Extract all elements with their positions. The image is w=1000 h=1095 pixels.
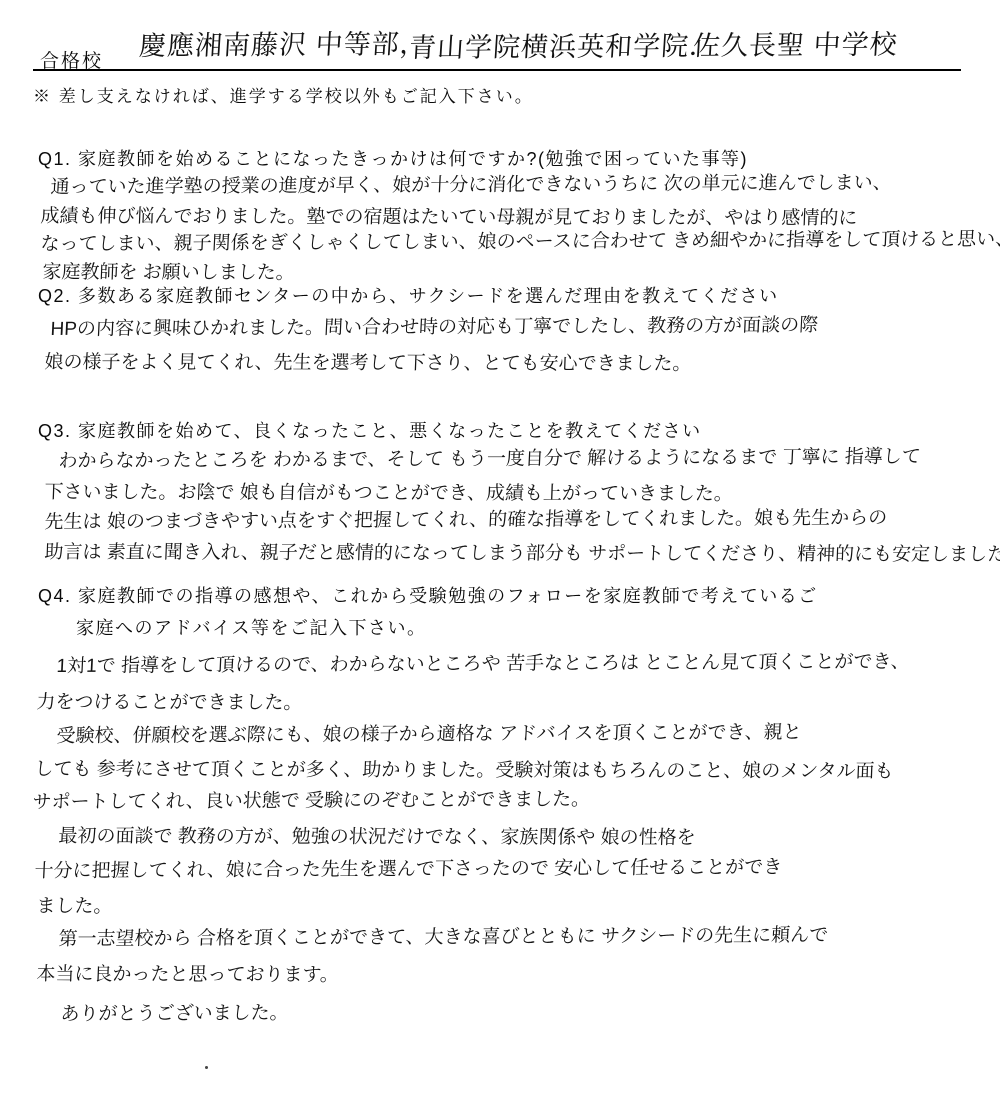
- admitted-school-2: 青山学院横浜英和学院．: [408, 24, 719, 65]
- answer-q3-line-4: 助言は 素直に聞き入れ、親子だと感情的になってしまう部分も サポートしてくださり…: [44, 537, 1000, 567]
- question-q4-heading-line-1: Q4. 家庭教師での指導の感想や、これから受験勉強のフォローを家庭教師で考えてい…: [38, 582, 818, 608]
- scan-speck: [205, 1066, 208, 1069]
- answer-q2-line-2: 娘の様子をよく見てくれ、先生を選考して下さり、とても安心できました。: [44, 347, 692, 376]
- answer-q3-line-3: 先生は 娘のつまづきやすい点をすぐ把握してくれ、的確な指導をしてくれました。娘も…: [44, 503, 888, 534]
- question-q1-heading: Q1. 家庭教師を始めることになったきっかけは何ですか?(勉強で困っていた事等): [38, 145, 748, 171]
- answer-q4-line-5: サポートしてくれ、良い状態で 受験にのぞむことができました。: [32, 784, 591, 814]
- answer-q4-line-4: しても 参考にさせて頂くことが多く、助かりました。受験対策はもちろんのこと、娘の…: [34, 754, 894, 783]
- answer-q1-line-3: なってしまい、親子関係をぎくしゃくしてしまい、娘のペースに合わせて きめ細やかに…: [40, 224, 1000, 256]
- answer-q1-line-1: 通っていた進学塾の授業の進度が早く、娘が十分に消化できないうちに 次の単元に進ん…: [50, 168, 892, 199]
- answer-q4-line-1: 1対1で 指導をして頂けるので、わからないところや 苦手なところは とことん見て…: [56, 647, 910, 678]
- answer-q1-line-4: 家庭教師を お願いしました。: [42, 257, 295, 285]
- answer-q4-line-2: 力をつけることができました。: [36, 687, 303, 715]
- header-underline: [33, 69, 961, 71]
- answer-q4-line-10: 本当に良かったと思っております。: [36, 959, 339, 987]
- answer-q2-line-1: HPの内容に興味ひかれました。問い合わせ時の対応も丁寧でしたし、教務の方が面談の…: [50, 310, 819, 341]
- answer-q3-line-2: 下さいました。お陰で 娘も自信がもつことができ、成績も上がっていきました。: [44, 477, 733, 506]
- question-q3-heading: Q3. 家庭教師を始めて、良くなったこと、悪くなったことを教えてください: [38, 417, 702, 443]
- admitted-school-1: 慶應湘南藤沢 中等部，: [138, 22, 429, 63]
- answer-q3-line-1: わからなかったところを わかるまで、そして もう一度自分で 解けるようになるまで…: [58, 441, 922, 473]
- header-note: ※ 差し支えなければ、進学する学校以外もご記入下さい。: [33, 82, 534, 107]
- question-q2-heading: Q2. 多数ある家庭教師センターの中から、サクシードを選んだ理由を教えてください: [38, 282, 779, 308]
- admitted-school-3: 佐久長聖 中学校: [692, 23, 899, 63]
- question-q4-heading-line-2: 家庭へのアドバイス等をご記入下さい。: [76, 614, 426, 640]
- answer-q4-line-8: ました。: [36, 891, 113, 918]
- answer-q4-line-11: ありがとうございました。: [60, 998, 289, 1026]
- answer-q4-line-6: 最初の面談で 教務の方が、勉強の状況だけでなく、家族関係や 娘の性格を: [58, 821, 696, 850]
- scanned-questionnaire-page: 慶應湘南藤沢 中等部， 青山学院横浜英和学院． 佐久長聖 中学校 合格校 ※ 差…: [0, 0, 1000, 1095]
- answer-q4-line-9: 第一志望校から 合格を頂くことができて、大きな喜びとともに サクシードの先生に頼…: [58, 920, 829, 951]
- answer-q4-line-7: 十分に把握してくれ、娘に合った先生を選んで下さったので 安心して任せることができ: [34, 852, 783, 883]
- answer-q4-line-3: 受験校、併願校を選ぶ際にも、娘の様子から適格な アドバイスを頂くことができ、親と: [56, 717, 802, 748]
